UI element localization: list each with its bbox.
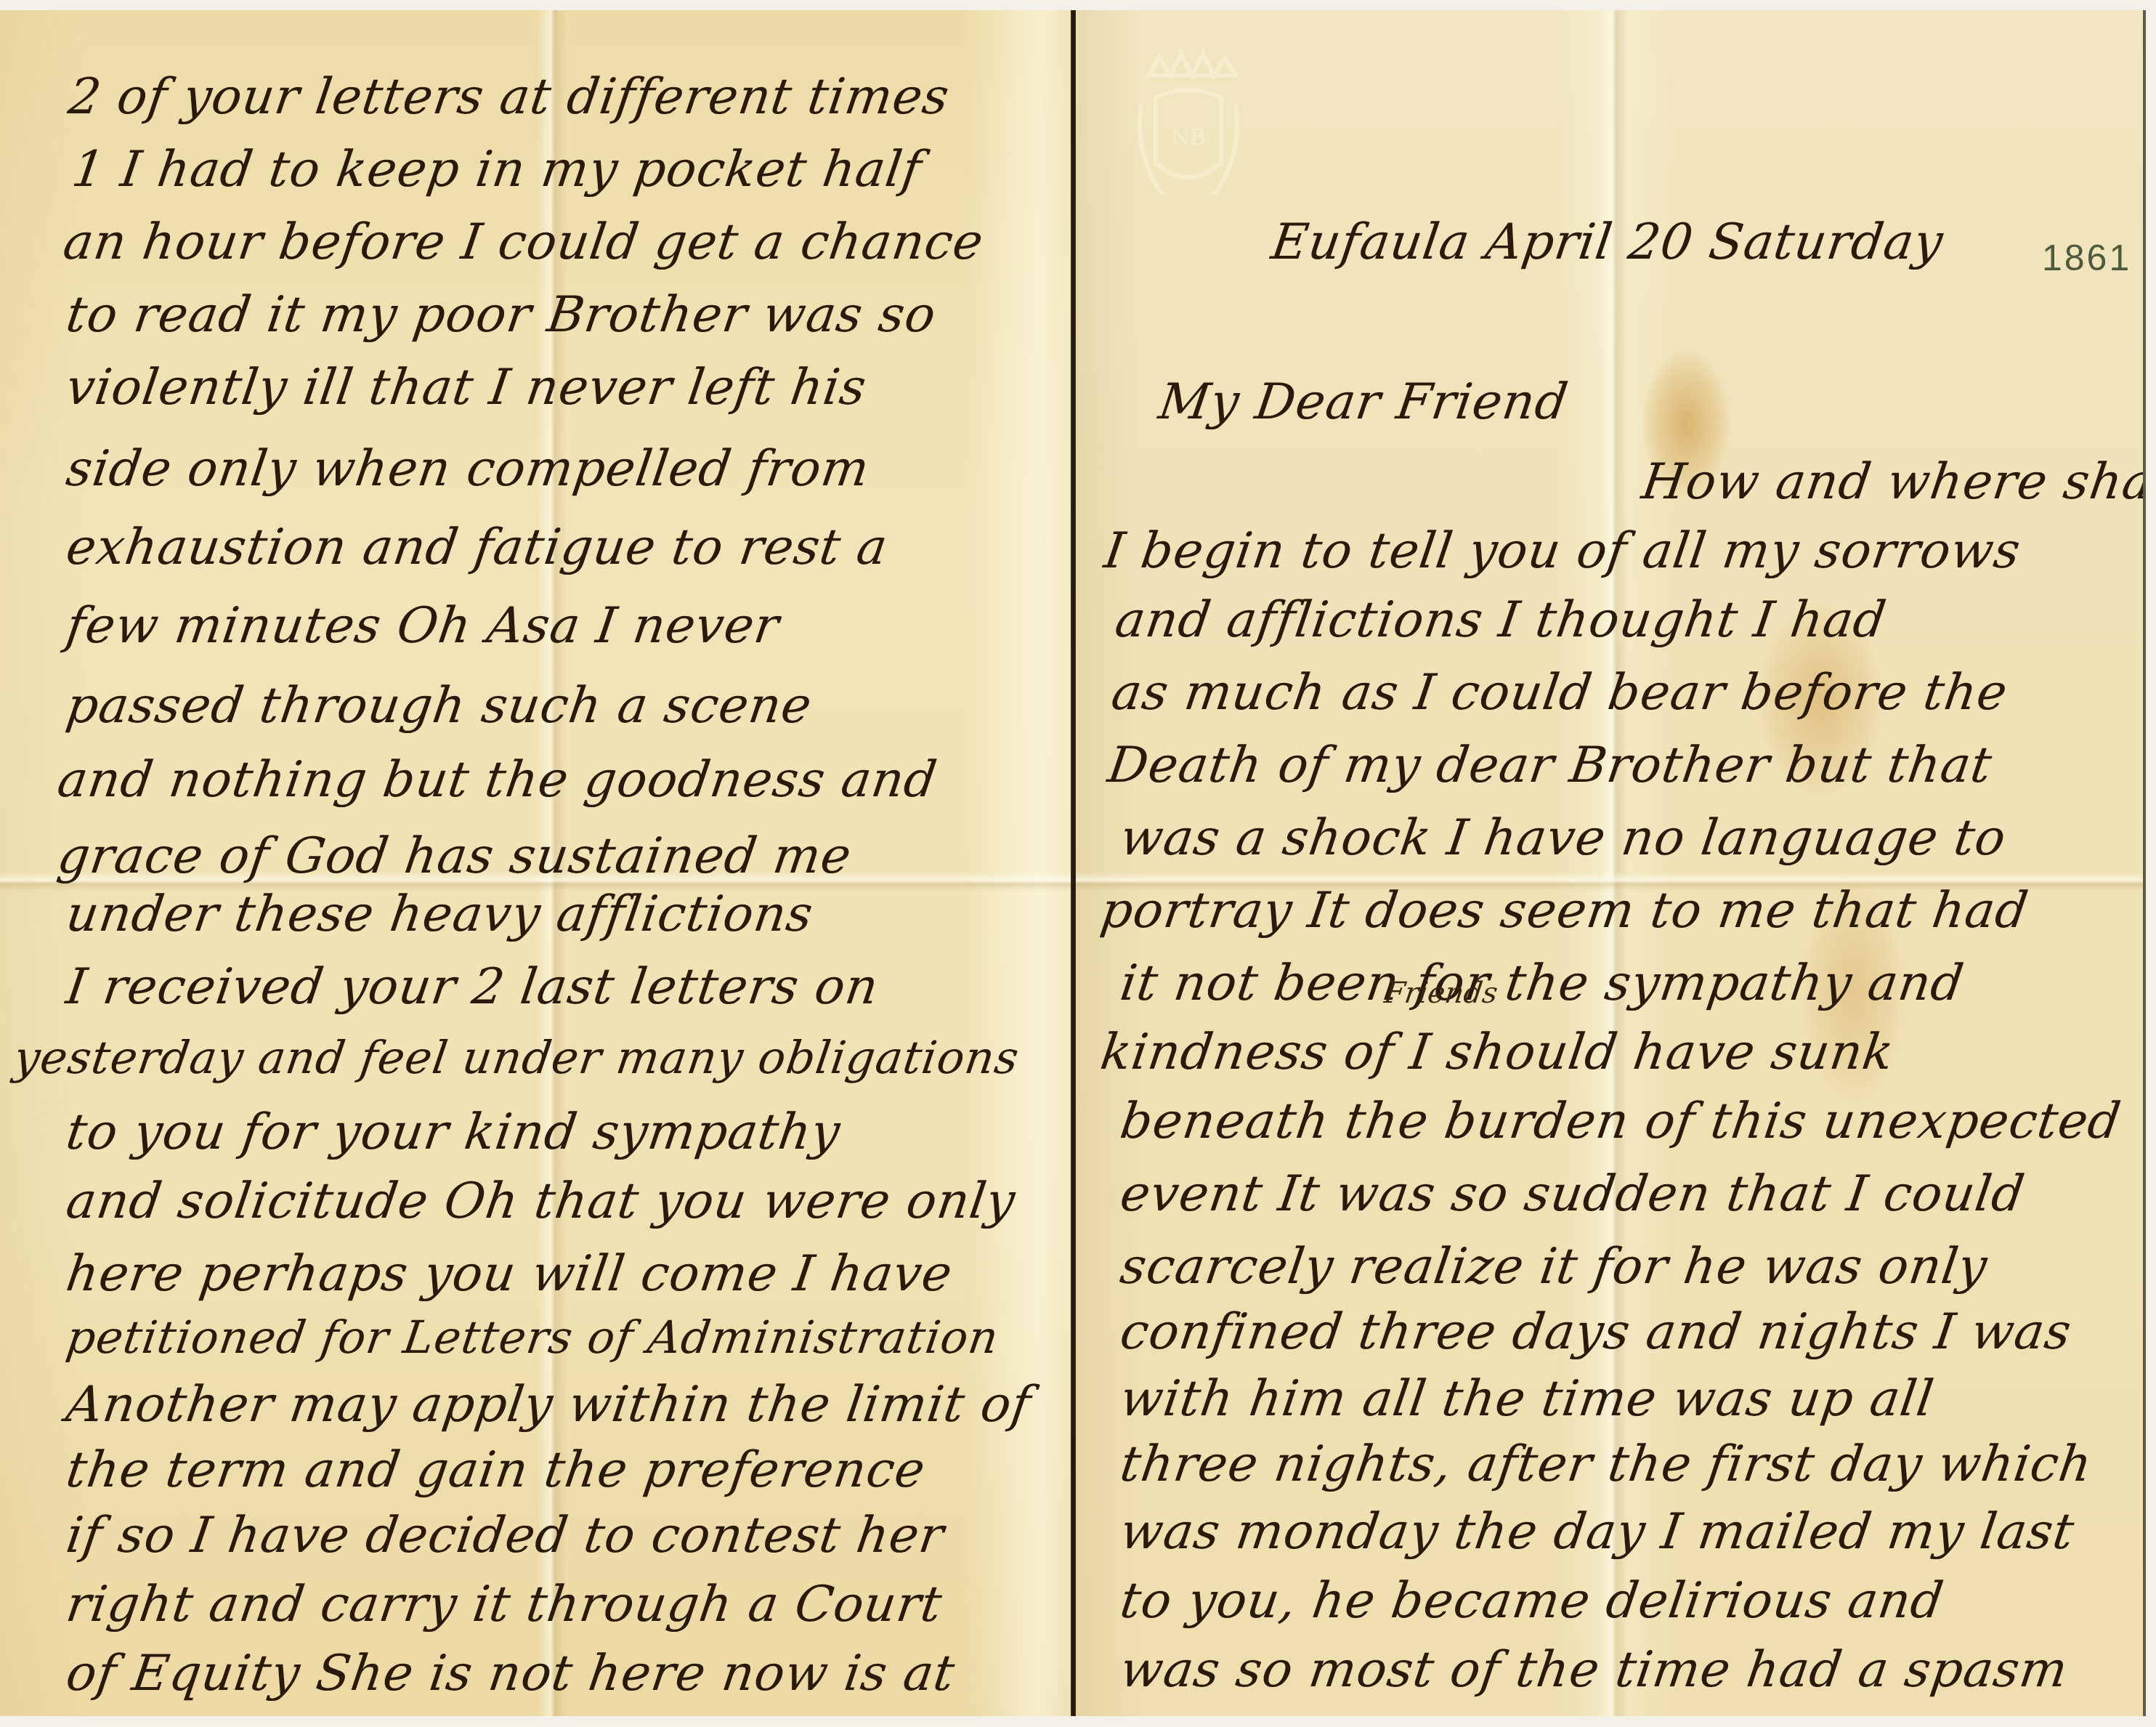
left-line-4: to read it my poor Brother was so [62,286,939,344]
left-line-8: few minutes Oh Asa I never [62,597,782,655]
right-line-3: and afflictions I thought I had [1111,591,1889,649]
left-line-20: the term and gain the preference [62,1441,929,1499]
embossed-crest-icon: NB [1119,46,1257,214]
left-page: 2 of your letters at different times 1 I… [0,10,1072,1716]
right-line-12: scarcely realize it for he was only [1116,1238,1990,1295]
left-line-16: and solicitude Oh that you were only [62,1173,1018,1230]
left-line-10: and nothing but the goodness and [54,751,941,809]
left-line-11: grace of God has sustained me [54,828,855,885]
right-line-15: three nights, after the first day which [1116,1436,2096,1493]
left-line-15: to you for your kind sympathy [62,1104,844,1161]
salutation: My Dear Friend [1155,373,1571,431]
left-line-12: under these heavy afflictions [62,886,816,943]
inserted-word-friends: Friends [1382,976,1500,1010]
letter-heading-place-date: Eufaula April 20 Saturday [1268,214,1947,271]
left-line-13: I received your 2 last letters on [62,958,882,1016]
right-line-7: portray It does seem to me that had [1097,882,2032,939]
right-line-1: How and where shall [1638,453,2146,511]
left-line-18: petitioned for Letters of Administration [63,1311,1002,1364]
right-line-18: was so most of the time had a spasm [1116,1641,2071,1699]
right-line-2: I begin to tell you of all my sorrows [1101,522,2024,580]
right-line-5: Death of my dear Brother but that [1104,737,1995,794]
right-line-8: it not been for the sympathy and [1116,955,1967,1012]
left-line-22: right and carry it through a Court [62,1576,946,1633]
left-line-21: if so I have decided to contest her [62,1507,947,1564]
letter-sheet: 2 of your letters at different times 1 I… [0,10,2143,1716]
right-line-9: kindness of I should have sunk [1097,1024,1897,1081]
left-line-3: an hour before I could get a chance [60,214,987,271]
left-line-23: of Equity She is not here now is at [62,1645,958,1702]
right-line-17: to you, he became delirious and [1116,1572,1947,1630]
right-line-11: event It was so sudden that I could [1116,1165,2028,1223]
right-page: NB Eufaula April 20 Saturday 1861 My Dea… [1076,10,2146,1716]
left-line-6: side only when compelled from [62,440,873,498]
left-line-19: Another may apply within the limit of [62,1376,1034,1433]
right-line-10: beneath the burden of this unexpected [1116,1093,2124,1150]
pencil-year-annotation: 1861 [2042,237,2131,279]
left-line-17: here perhaps you will come I have [62,1245,956,1303]
right-line-13: confined three days and nights I was [1116,1303,2075,1361]
left-line-14: yesterday and feel under many obligation… [11,1031,1023,1084]
left-line-7: exhaustion and fatigue to rest a [62,519,891,576]
svg-text:NB: NB [1171,125,1206,150]
right-line-6: was a shock I have no language to [1116,809,2009,867]
left-line-5: violently ill that I never left his [62,359,870,416]
left-line-1: 2 of your letters at different times [65,68,952,126]
right-line-14: with him all the time was up all [1116,1370,1937,1428]
left-line-2: 1 I had to keep in my pocket half [68,141,925,198]
right-line-4: as much as I could bear before the [1108,664,2011,721]
left-line-9: passed through such a scene [62,677,815,735]
right-line-16: was monday the day I mailed my last [1116,1503,2078,1561]
